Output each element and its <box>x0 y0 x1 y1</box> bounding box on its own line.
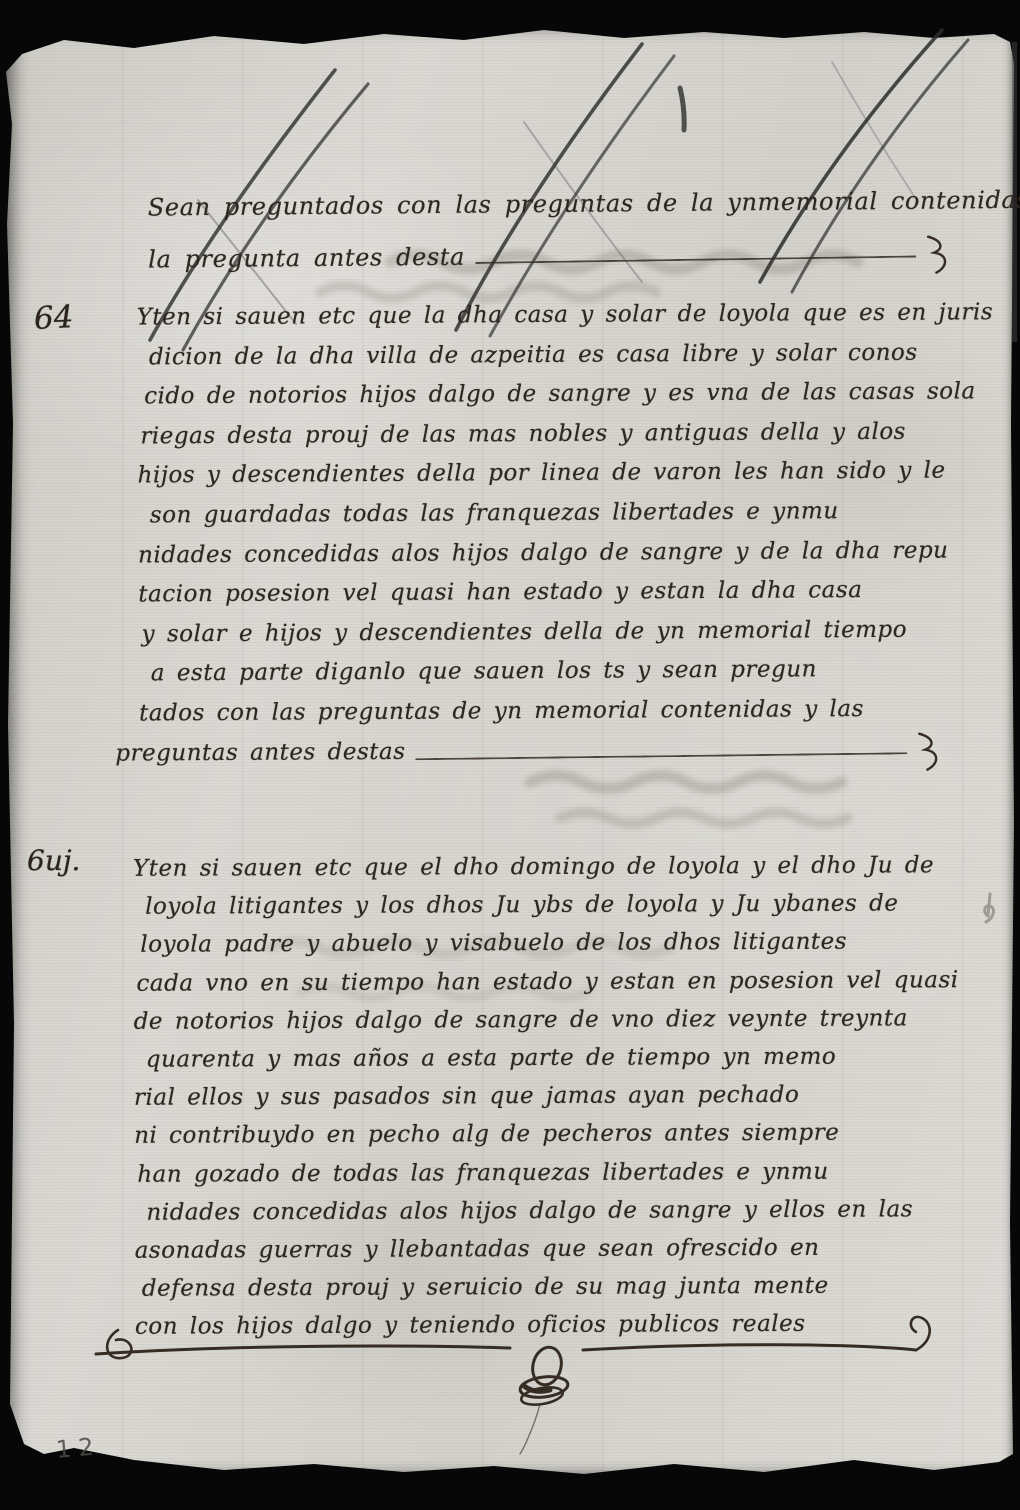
manuscript-line: cido de notorios hijos dalgo de sangre y… <box>144 373 937 417</box>
margin-question-number: 6uj. <box>27 844 80 877</box>
manuscript-line: con los hijos dalgo y teniendo oficios p… <box>135 1305 935 1347</box>
manuscript-line-text: preguntas antes destas <box>115 732 405 773</box>
manuscript-line: rial ellos y sus pasados sin que jamas a… <box>134 1075 934 1117</box>
manuscript-line: de notorios hijos dalgo de sangre de vno… <box>134 999 934 1041</box>
rubric-flourish-icon <box>913 731 939 771</box>
manuscript-line: defensa desta prouj y seruicio de su mag… <box>142 1266 935 1308</box>
manuscript-line: hijos y descendientes della por linea de… <box>138 452 938 496</box>
scanned-page-background: Sean preguntados con las preguntas de la… <box>0 0 1020 1510</box>
manuscript-line: quarenta y mas años a esta parte de tiem… <box>146 1037 934 1079</box>
manuscript-line: riegas desta prouj de las mas nobles y a… <box>140 412 937 456</box>
manuscript-line: loyola padre y abuelo y visabuelo de los… <box>140 923 933 965</box>
manuscript-line: la pregunta antes desta <box>148 227 948 286</box>
rubric-flourish-icon <box>922 235 948 275</box>
folio-number: 12 <box>55 1432 102 1464</box>
manuscript-line: son guardadas todas las franquezas liber… <box>150 492 938 536</box>
manuscript-line: tacion posesion vel quasi han estado y e… <box>138 571 938 615</box>
manuscript-line: dicion de la dha villa de azpeitia es ca… <box>149 333 937 377</box>
manuscript-line: han gozado de todas las franquezas liber… <box>137 1152 934 1194</box>
manuscript-line: loyola litigantes y los dhos Ju ybs de l… <box>145 884 933 926</box>
manuscript-line: cada vno en su tiempo han estado y estan… <box>136 961 933 1003</box>
manuscript-line: asonadas guerras y llebantadas que sean … <box>135 1228 935 1270</box>
manuscript-line: Yten si sauen etc que el dho domingo de … <box>133 846 933 888</box>
manuscript-line: a esta parte diganlo que sauen los ts y … <box>151 650 939 694</box>
ink-rule <box>475 255 916 264</box>
header-block: Sean preguntados con las preguntas de la… <box>148 175 949 286</box>
manuscript-line: ni contribuydo en pecho alg de pecheros … <box>134 1114 934 1156</box>
manuscript-line: tados con las preguntas de yn memorial c… <box>139 689 939 733</box>
manuscript-line: Yten si sauen etc que la dha casa y sola… <box>137 294 937 338</box>
margin-question-number: 64 <box>33 299 74 337</box>
manuscript-line: nidades concedidas alos hijos dalgo de s… <box>138 531 938 575</box>
question-64-block: Yten si sauen etc que la dha casa y sola… <box>137 294 940 774</box>
ink-rule <box>416 752 908 760</box>
manuscript-line: Sean preguntados con las preguntas de la… <box>148 175 948 234</box>
manuscript-line: y solar e hijos y descendientes della de… <box>141 610 938 654</box>
manuscript-line: nidades concedidas alos hijos dalgo de s… <box>146 1190 934 1232</box>
manuscript-line: preguntas antes destas <box>115 729 939 774</box>
manuscript-line-text: la pregunta antes desta <box>148 231 465 286</box>
question-65-block: Yten si sauen etc que el dho domingo de … <box>133 846 935 1346</box>
